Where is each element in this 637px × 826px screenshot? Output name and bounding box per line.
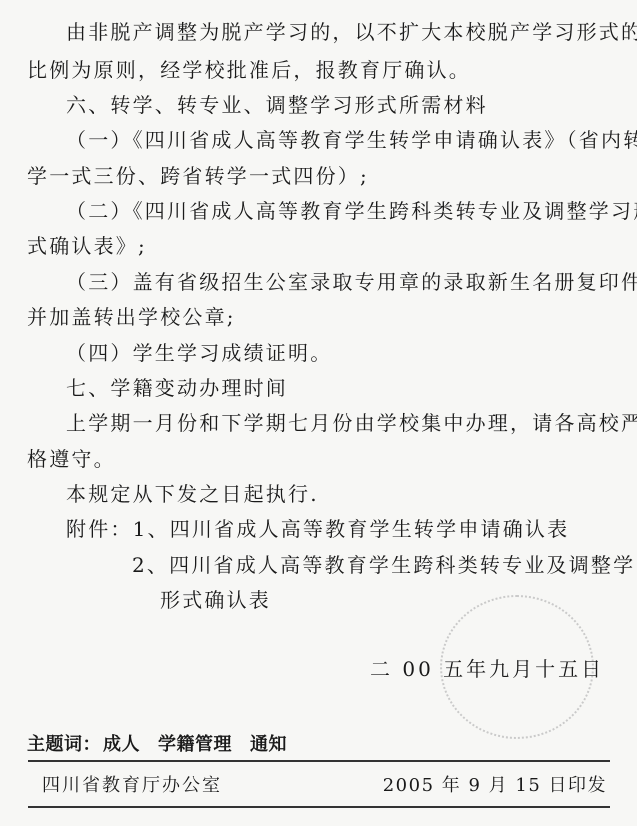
list-item-2-continued: 式确认表》; — [27, 234, 147, 258]
subject-keywords: 主题词：成人学籍管理通知 — [27, 730, 287, 756]
document-page: 由非脱产调整为脱产学习的，以不扩大本校脱产学习形式的 比例为原则，经学校批准后，… — [0, 0, 637, 826]
paragraph-line: 比例为原则，经学校批准后，报教育厅确认。 — [27, 58, 471, 82]
divider-top — [28, 760, 610, 762]
list-item-1-continued: 学一式三份、跨省转学一式四份）; — [27, 164, 369, 188]
keywords-label: 主题词： — [27, 734, 101, 755]
list-item-3-continued: 并加盖转出学校公章; — [27, 305, 236, 329]
keyword: 学籍管理 — [158, 734, 232, 755]
print-date: 2005 年 9 月 15 日印发 — [383, 771, 607, 797]
paragraph-line: 上学期一月份和下学期七月份由学校集中办理，请各高校严 — [66, 411, 637, 435]
list-item-4: （四）学生学习成绩证明。 — [66, 341, 332, 365]
paragraph-line: 由非脱产调整为脱产学习的，以不扩大本校脱产学习形式的 — [66, 20, 637, 44]
signature-date: 二 00 五年九月十五日 — [370, 657, 604, 681]
list-item-3: （三）盖有省级招生公室录取专用章的录取新生名册复印件 — [66, 270, 637, 294]
effective-date-line: 本规定从下发之日起执行. — [66, 482, 319, 506]
keyword: 通知 — [250, 734, 287, 755]
section-heading-6: 六、转学、转专业、调整学习形式所需材料 — [66, 93, 488, 117]
list-item-1: （一）《四川省成人高等教育学生转学申请确认表》（省内转 — [66, 128, 637, 152]
list-item-2: （二）《四川省成人高等教育学生跨科类转专业及调整学习形 — [66, 199, 637, 223]
divider-bottom — [28, 806, 610, 808]
issuer-office: 四川省教育厅办公室 — [42, 771, 222, 797]
attachment-2: 2、四川省成人高等教育学生跨科类转专业及调整学习 — [132, 553, 637, 577]
paragraph-line: 格遵守。 — [27, 447, 116, 471]
keyword: 成人 — [103, 734, 140, 755]
section-heading-7: 七、学籍变动办理时间 — [66, 376, 288, 400]
attachment-1: 附件：1、四川省成人高等教育学生转学申请确认表 — [66, 517, 569, 541]
attachment-2-continued: 形式确认表 — [160, 588, 271, 612]
